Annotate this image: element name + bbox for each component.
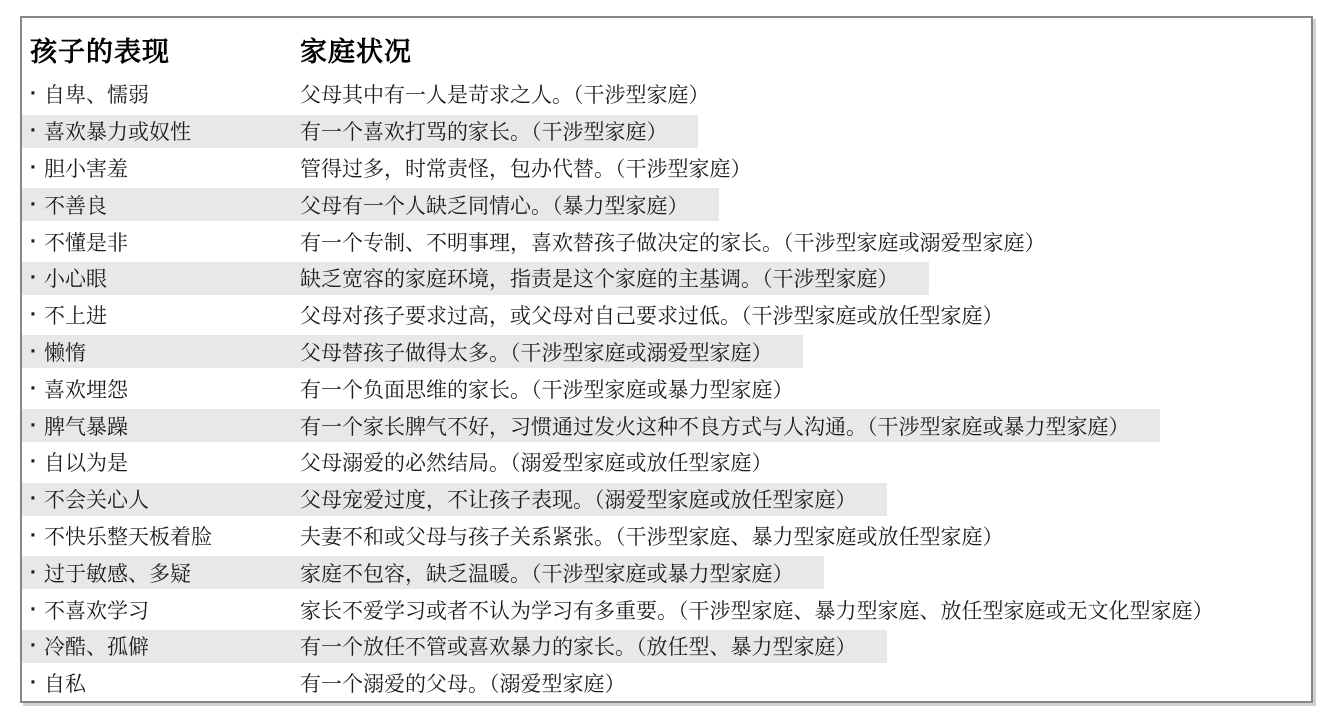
child-behavior-label: 不喜欢学习 — [44, 595, 149, 625]
row-content: · 不喜欢学习 家长不爱学习或者不认为学习有多重要。（干涉型家庭、暴力型家庭、放… — [22, 593, 1244, 626]
row-content: · 懒惰 父母替孩子做得太多。（干涉型家庭或溺爱型家庭） — [22, 335, 803, 368]
table-body: · 自卑、懦弱 父母其中有一人是苛求之人。（干涉型家庭） · 喜欢暴力或奴性 有… — [22, 76, 1311, 702]
row-content: · 胆小害羞 管得过多，时常责怪，包办代替。（干涉型家庭） — [22, 151, 782, 184]
child-behavior-cell: · 不懂是非 — [30, 227, 300, 257]
table-row: · 自卑、懦弱 父母其中有一人是苛求之人。（干涉型家庭） — [22, 76, 1311, 113]
bullet-icon: · — [30, 377, 37, 401]
family-situation-cell: 有一个专制、不明事理，喜欢替孩子做决定的家长。（干涉型家庭或溺爱型家庭） — [300, 227, 1046, 257]
family-situation-cell: 父母溺爱的必然结局。（溺爱型家庭或放任型家庭） — [300, 447, 773, 477]
bullet-icon: · — [30, 119, 37, 143]
family-situation-cell: 家长不爱学习或者不认为学习有多重要。（干涉型家庭、暴力型家庭、放任型家庭或无文化… — [300, 595, 1214, 625]
bullet-icon: · — [30, 156, 37, 180]
behavior-family-table: 孩子的表现 家庭状况 · 自卑、懦弱 父母其中有一人是苛求之人。（干涉型家庭） … — [20, 16, 1313, 703]
child-behavior-cell: · 不上进 — [30, 300, 300, 330]
family-situation-cell: 有一个负面思维的家长。（干涉型家庭或暴力型家庭） — [300, 374, 794, 404]
bullet-icon: · — [30, 634, 37, 658]
child-behavior-label: 喜欢埋怨 — [44, 374, 128, 404]
table-row: · 冷酷、孤僻 有一个放任不管或喜欢暴力的家长。（放任型、暴力型家庭） — [22, 628, 1311, 665]
child-behavior-label: 不会关心人 — [44, 484, 149, 514]
child-behavior-label: 过于敏感、多疑 — [44, 558, 191, 588]
bullet-icon: · — [30, 524, 37, 548]
family-situation-cell: 家庭不包容，缺乏温暖。（干涉型家庭或暴力型家庭） — [300, 558, 794, 588]
bullet-icon: · — [30, 340, 37, 364]
row-content: · 自私 有一个溺爱的父母。（溺爱型家庭） — [22, 667, 656, 700]
table-row: · 喜欢埋怨 有一个负面思维的家长。（干涉型家庭或暴力型家庭） — [22, 370, 1311, 407]
table-row: · 喜欢暴力或奴性 有一个喜欢打骂的家长。（干涉型家庭） — [22, 113, 1311, 150]
row-content: · 不善良 父母有一个人缺乏同情心。（暴力型家庭） — [22, 188, 719, 221]
family-situation-cell: 管得过多，时常责怪，包办代替。（干涉型家庭） — [300, 153, 752, 183]
row-content: · 喜欢埋怨 有一个负面思维的家长。（干涉型家庭或暴力型家庭） — [22, 372, 824, 405]
table-row: · 脾气暴躁 有一个家长脾气不好，习惯通过发火这种不良方式与人沟通。（干涉型家庭… — [22, 407, 1311, 444]
bullet-icon: · — [30, 266, 37, 290]
family-situation-cell: 夫妻不和或父母与孩子关系紧张。（干涉型家庭、暴力型家庭或放任型家庭） — [300, 521, 1004, 551]
family-situation-cell: 缺乏宽容的家庭环境，指责是这个家庭的主基调。（干涉型家庭） — [300, 263, 899, 293]
table-row: · 不善良 父母有一个人缺乏同情心。（暴力型家庭） — [22, 186, 1311, 223]
child-behavior-label: 自私 — [44, 668, 86, 698]
child-behavior-cell: · 自以为是 — [30, 447, 300, 477]
family-situation-cell: 有一个溺爱的父母。（溺爱型家庭） — [300, 668, 626, 698]
row-content: · 小心眼 缺乏宽容的家庭环境，指责是这个家庭的主基调。（干涉型家庭） — [22, 262, 929, 295]
child-behavior-label: 不上进 — [44, 300, 107, 330]
child-behavior-cell: · 不会关心人 — [30, 484, 300, 514]
child-behavior-cell: · 不快乐整天板着脸 — [30, 521, 300, 551]
row-content: · 自卑、懦弱 父母其中有一人是苛求之人。（干涉型家庭） — [22, 78, 740, 111]
bullet-icon: · — [30, 82, 37, 106]
child-behavior-cell: · 胆小害羞 — [30, 153, 300, 183]
family-situation-cell: 有一个家长脾气不好，习惯通过发火这种不良方式与人沟通。（干涉型家庭或暴力型家庭） — [300, 411, 1130, 441]
row-content: · 不会关心人 父母宠爱过度，不让孩子表现。（溺爱型家庭或放任型家庭） — [22, 483, 887, 516]
bullet-icon: · — [30, 193, 37, 217]
table-row: · 自以为是 父母溺爱的必然结局。（溺爱型家庭或放任型家庭） — [22, 444, 1311, 481]
child-behavior-label: 喜欢暴力或奴性 — [44, 116, 191, 146]
family-situation-cell: 父母宠爱过度，不让孩子表现。（溺爱型家庭或放任型家庭） — [300, 484, 857, 514]
child-behavior-label: 小心眼 — [44, 263, 107, 293]
child-behavior-label: 自卑、懦弱 — [44, 79, 149, 109]
child-behavior-cell: · 小心眼 — [30, 263, 300, 293]
child-behavior-cell: · 过于敏感、多疑 — [30, 558, 300, 588]
table-row: · 懒惰 父母替孩子做得太多。（干涉型家庭或溺爱型家庭） — [22, 334, 1311, 371]
child-behavior-label: 脾气暴躁 — [44, 411, 128, 441]
row-content: · 过于敏感、多疑 家庭不包容，缺乏温暖。（干涉型家庭或暴力型家庭） — [22, 556, 824, 589]
family-column-header: 家庭状况 — [300, 30, 1311, 69]
table-row: · 不喜欢学习 家长不爱学习或者不认为学习有多重要。（干涉型家庭、暴力型家庭、放… — [22, 591, 1311, 628]
child-behavior-label: 不快乐整天板着脸 — [44, 521, 212, 551]
bullet-icon: · — [30, 598, 37, 622]
table-row: · 小心眼 缺乏宽容的家庭环境，指责是这个家庭的主基调。（干涉型家庭） — [22, 260, 1311, 297]
row-content: · 冷酷、孤僻 有一个放任不管或喜欢暴力的家长。（放任型、暴力型家庭） — [22, 630, 887, 663]
child-behavior-label: 胆小害羞 — [44, 153, 128, 183]
row-content: · 不上进 父母对孩子要求过高，或父母对自己要求过低。（干涉型家庭或放任型家庭） — [22, 299, 1034, 332]
child-behavior-label: 冷酷、孤僻 — [44, 631, 149, 661]
family-situation-cell: 有一个喜欢打骂的家长。（干涉型家庭） — [300, 116, 668, 146]
behavior-column-header: 孩子的表现 — [30, 30, 300, 69]
child-behavior-cell: · 不喜欢学习 — [30, 595, 300, 625]
bullet-icon: · — [30, 671, 37, 695]
table-row: · 过于敏感、多疑 家庭不包容，缺乏温暖。（干涉型家庭或暴力型家庭） — [22, 554, 1311, 591]
bullet-icon: · — [30, 487, 37, 511]
child-behavior-cell: · 自卑、懦弱 — [30, 79, 300, 109]
child-behavior-cell: · 自私 — [30, 668, 300, 698]
bullet-icon: · — [30, 414, 37, 438]
row-content: · 不懂是非 有一个专制、不明事理，喜欢替孩子做决定的家长。（干涉型家庭或溺爱型… — [22, 225, 1076, 258]
family-situation-cell: 有一个放任不管或喜欢暴力的家长。（放任型、暴力型家庭） — [300, 631, 857, 661]
table-row: · 胆小害羞 管得过多，时常责怪，包办代替。（干涉型家庭） — [22, 150, 1311, 187]
bullet-icon: · — [30, 561, 37, 585]
child-behavior-cell: · 冷酷、孤僻 — [30, 631, 300, 661]
row-content: · 自以为是 父母溺爱的必然结局。（溺爱型家庭或放任型家庭） — [22, 446, 803, 479]
table-header: 孩子的表现 家庭状况 — [22, 18, 1311, 76]
family-situation-cell: 父母其中有一人是苛求之人。（干涉型家庭） — [300, 79, 710, 109]
child-behavior-cell: · 脾气暴躁 — [30, 411, 300, 441]
table-row: · 不快乐整天板着脸 夫妻不和或父母与孩子关系紧张。（干涉型家庭、暴力型家庭或放… — [22, 518, 1311, 555]
child-behavior-cell: · 喜欢埋怨 — [30, 374, 300, 404]
row-content: · 喜欢暴力或奴性 有一个喜欢打骂的家长。（干涉型家庭） — [22, 115, 698, 148]
bullet-icon: · — [30, 450, 37, 474]
child-behavior-label: 不善良 — [44, 190, 107, 220]
table-row: · 自私 有一个溺爱的父母。（溺爱型家庭） — [22, 665, 1311, 702]
child-behavior-label: 懒惰 — [44, 337, 86, 367]
child-behavior-cell: · 不善良 — [30, 190, 300, 220]
bullet-icon: · — [30, 303, 37, 327]
child-behavior-label: 不懂是非 — [44, 227, 128, 257]
child-behavior-cell: · 喜欢暴力或奴性 — [30, 116, 300, 146]
family-situation-cell: 父母替孩子做得太多。（干涉型家庭或溺爱型家庭） — [300, 337, 773, 367]
table-row: · 不会关心人 父母宠爱过度，不让孩子表现。（溺爱型家庭或放任型家庭） — [22, 481, 1311, 518]
row-content: · 不快乐整天板着脸 夫妻不和或父母与孩子关系紧张。（干涉型家庭、暴力型家庭或放… — [22, 519, 1034, 552]
family-situation-cell: 父母对孩子要求过高，或父母对自己要求过低。（干涉型家庭或放任型家庭） — [300, 300, 1004, 330]
family-situation-cell: 父母有一个人缺乏同情心。（暴力型家庭） — [300, 190, 689, 220]
table-row: · 不懂是非 有一个专制、不明事理，喜欢替孩子做决定的家长。（干涉型家庭或溺爱型… — [22, 223, 1311, 260]
bullet-icon: · — [30, 230, 37, 254]
child-behavior-label: 自以为是 — [44, 447, 128, 477]
row-content: · 脾气暴躁 有一个家长脾气不好，习惯通过发火这种不良方式与人沟通。（干涉型家庭… — [22, 409, 1160, 442]
child-behavior-cell: · 懒惰 — [30, 337, 300, 367]
table-row: · 不上进 父母对孩子要求过高，或父母对自己要求过低。（干涉型家庭或放任型家庭） — [22, 297, 1311, 334]
